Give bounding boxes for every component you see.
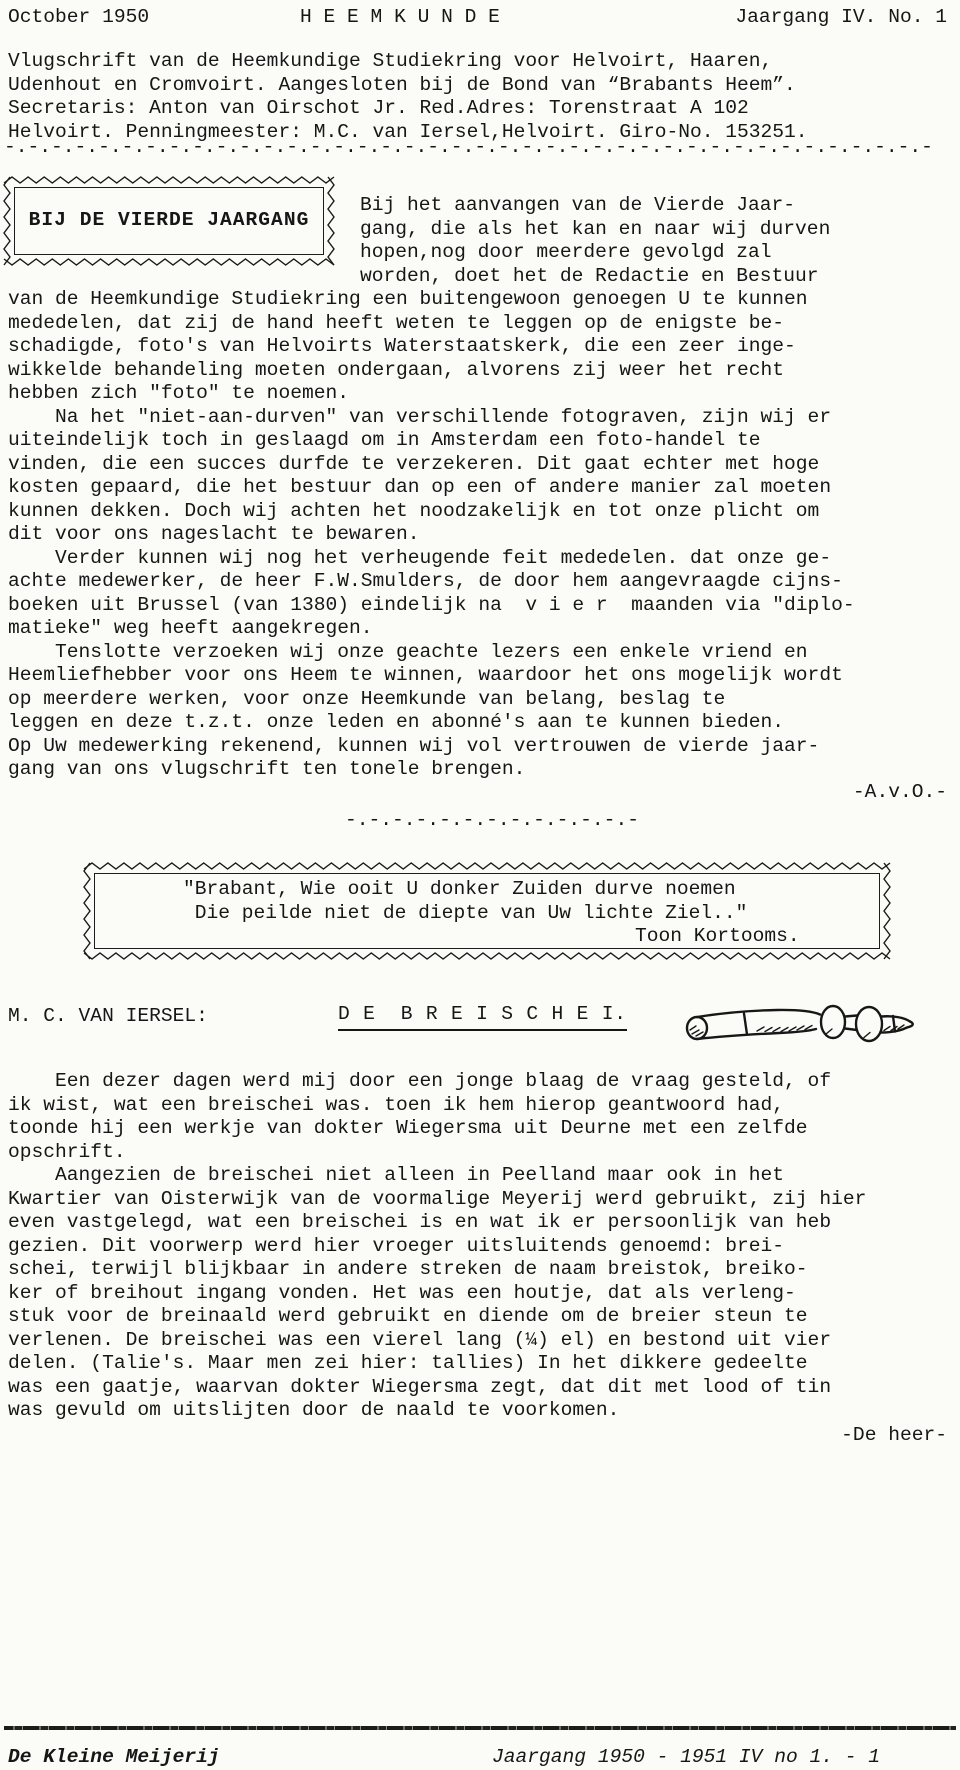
issue-number: Jaargang IV. No. 1 — [735, 6, 947, 30]
footer-issue-info: Jaargang 1950 - 1951 IV no 1. - 1 — [492, 1746, 880, 1770]
publication-title: H E E M K U N D E — [300, 6, 500, 30]
issue-date: October 1950 — [8, 6, 149, 30]
article1-intro-lines: Bij het aanvangen van de Vierde Jaar- ga… — [360, 194, 830, 288]
separator-top: -.-.-.-.-.-.-.-.-.-.-.-.-.-.-.-.-.-.-.-.… — [4, 136, 933, 160]
breischei-illustration — [681, 986, 921, 1066]
masthead-text: Vlugschrift van de Heemkundige Studiekri… — [8, 50, 808, 144]
article1-signature: -A.v.O.- — [853, 781, 947, 805]
jaargang-box: BIJ DE VIERDE JAARGANG — [3, 176, 335, 266]
article2-continuation: -De heer- — [841, 1424, 947, 1448]
article1-body: van de Heemkundige Studiekring een buite… — [8, 288, 855, 782]
separator-center: -.-.-.-.-.-.-.-.-.-.-.-.- — [345, 809, 639, 833]
article2-body: Een dezer dagen werd mij door een jonge … — [8, 1070, 866, 1423]
footer-rule — [4, 1726, 956, 1730]
quote-line-2: Die peilde niet de diepte van Uw lichte … — [183, 902, 747, 926]
footer-publication: De Kleine Meijerij — [8, 1746, 220, 1770]
quote-line-1: "Brabant, Wie ooit U donker Zuiden durve… — [183, 878, 736, 902]
quote-attribution: Toon Kortooms. — [635, 925, 800, 949]
jaargang-box-label: BIJ DE VIERDE JAARGANG — [3, 209, 335, 233]
quote-box: "Brabant, Wie ooit U donker Zuiden durve… — [83, 862, 891, 960]
scanned-newsletter-page: October 1950 H E E M K U N D E Jaargang … — [0, 0, 960, 1770]
article-author: M. C. VAN IERSEL: — [8, 1005, 208, 1029]
article-title: D E B R E I S C H E I. — [338, 1003, 627, 1031]
